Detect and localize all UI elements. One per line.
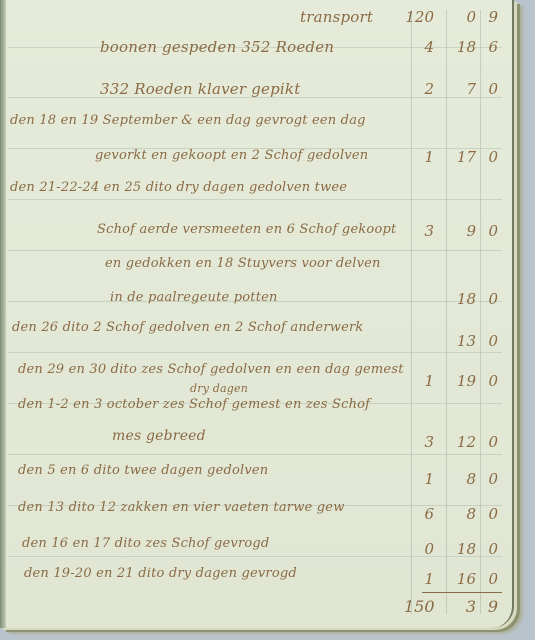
entry-stuivers: 8 xyxy=(448,470,476,488)
column-rule xyxy=(411,10,412,614)
total-stuivers: 3 xyxy=(448,597,476,616)
entry-penningen: 0 xyxy=(480,540,498,558)
entry-line: gevorkt en gekoopt en 2 Schof gedolven xyxy=(95,148,368,163)
transport-penningen: 9 xyxy=(480,8,498,26)
transport-stuivers: 0 xyxy=(448,8,476,26)
total-rule xyxy=(422,592,502,593)
entry-penningen: 0 xyxy=(480,433,498,451)
entry-guilders: 6 xyxy=(404,505,434,523)
total-guilders: 150 xyxy=(404,597,434,616)
transport-guilders: 120 xyxy=(404,8,434,26)
entry-guilders: 1 xyxy=(404,470,434,488)
ruled-line xyxy=(8,199,502,200)
entry-line: mes gebreed xyxy=(112,428,206,444)
entry-stuivers: 8 xyxy=(448,505,476,523)
entry-stuivers: 12 xyxy=(448,433,476,451)
entry-line: in de paalregeute potten xyxy=(110,290,278,305)
entry-line: den 13 dito 12 zakken en vier vaeten tar… xyxy=(18,500,345,515)
transport-label: transport xyxy=(300,8,373,26)
entry-guilders: 1 xyxy=(404,372,434,390)
entry-line: den 26 dito 2 Schof gedolven en 2 Schof … xyxy=(12,320,363,335)
entry-penningen: 0 xyxy=(480,332,498,350)
entry-stuivers: 19 xyxy=(448,372,476,390)
entry-guilders: 4 xyxy=(404,38,434,56)
entry-stuivers: 13 xyxy=(448,332,476,350)
entry-guilders: 0 xyxy=(404,540,434,558)
entry-penningen: 0 xyxy=(480,80,498,98)
column-rule xyxy=(480,10,481,614)
entry-penningen: 0 xyxy=(480,470,498,488)
entry-penningen: 0 xyxy=(480,372,498,390)
entry-guilders: 3 xyxy=(404,433,434,451)
entry-line: den 19-20 en 21 dito dry dagen gevrogd xyxy=(24,566,297,581)
entry-penningen: 0 xyxy=(480,222,498,240)
entry-penningen: 0 xyxy=(480,570,498,588)
entry-line: den 21-22-24 en 25 dito dry dagen gedolv… xyxy=(10,180,347,195)
entry-penningen: 0 xyxy=(480,148,498,166)
entry-guilders: 3 xyxy=(404,222,434,240)
entry-stuivers: 18 xyxy=(448,38,476,56)
entry-line: den 5 en 6 dito twee dagen gedolven xyxy=(18,463,268,478)
entry-penningen: 6 xyxy=(480,38,498,56)
entry-penningen: 0 xyxy=(480,290,498,308)
binding-edge xyxy=(0,0,6,628)
entry-line: en gedokken en 18 Stuyvers voor delven xyxy=(105,256,381,271)
column-rule xyxy=(446,10,447,614)
entry-guilders: 1 xyxy=(404,570,434,588)
entry-line: den 29 en 30 dito zes Schof gedolven en … xyxy=(18,362,404,377)
total-penningen: 9 xyxy=(480,597,498,616)
entry-line: den 16 en 17 dito zes Schof gevrogd xyxy=(22,536,269,551)
entry-stuivers: 18 xyxy=(448,290,476,308)
entry-stuivers: 16 xyxy=(448,570,476,588)
entry-line: den 18 en 19 September & een dag gevrogt… xyxy=(10,113,366,128)
ledger-page: transport 120 0 9 boonen gespeden 352 Ro… xyxy=(0,0,514,628)
ruled-line xyxy=(8,454,502,455)
entry-guilders: 1 xyxy=(404,148,434,166)
entry-line: boonen gespeden 352 Roeden xyxy=(100,38,334,56)
entry-stuivers: 7 xyxy=(448,80,476,98)
entry-line: 332 Roeden klaver gepikt xyxy=(100,80,300,98)
entry-line: Schof aerde versmeeten en 6 Schof gekoop… xyxy=(97,222,396,237)
entry-guilders: 2 xyxy=(404,80,434,98)
ruled-line xyxy=(8,250,502,251)
ruled-line xyxy=(8,352,502,353)
entry-penningen: 0 xyxy=(480,505,498,523)
entry-stuivers: 9 xyxy=(448,222,476,240)
entry-stuivers: 17 xyxy=(448,148,476,166)
insertion-text: dry dagen xyxy=(190,382,248,395)
entry-line: den 1-2 en 3 october zes Schof gemest en… xyxy=(18,397,370,412)
entry-stuivers: 18 xyxy=(448,540,476,558)
